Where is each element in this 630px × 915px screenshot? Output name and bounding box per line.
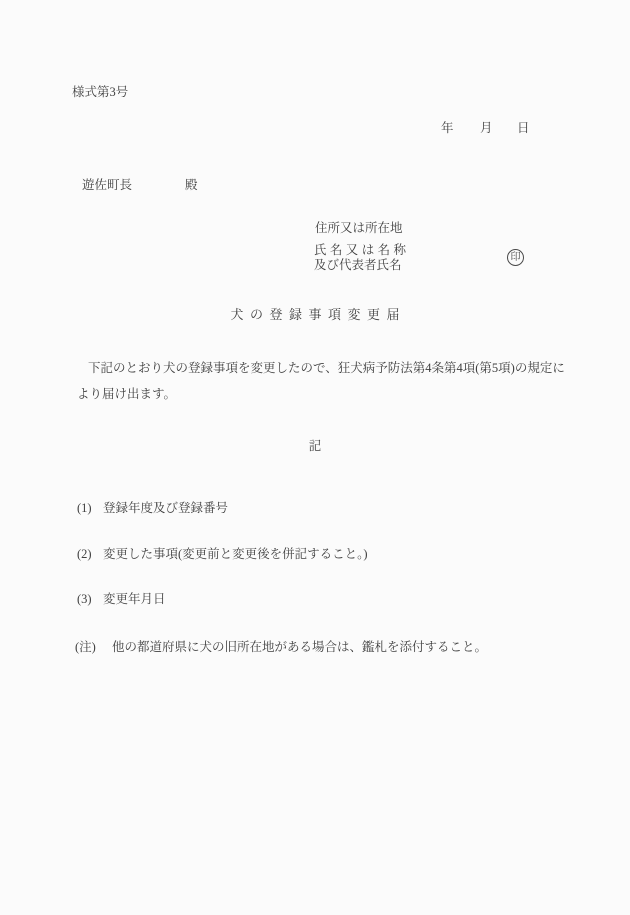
form-number: 様式第3号	[72, 84, 128, 101]
note-label: (注)	[75, 639, 96, 656]
addressee-honorific: 殿	[185, 177, 198, 194]
item-2-text: 変更した事項(変更前と変更後を併記すること。)	[103, 546, 368, 563]
applicant-address-label: 住所又は所在地	[315, 220, 403, 237]
body-paragraph-line1: 下記のとおり犬の登録事項を変更したので、狂犬病予防法第4条第4項(第5項)の規定…	[88, 360, 565, 377]
item-1-label: (1)	[77, 500, 92, 517]
item-3-label: (3)	[77, 591, 92, 608]
applicant-name-label-line2: 及び代表者氏名	[314, 257, 402, 274]
item-3-text: 変更年月日	[103, 591, 166, 608]
seal-mark-icon: 印	[507, 249, 524, 266]
ki-marker: 記	[0, 438, 630, 455]
addressee-name: 遊佐町長	[82, 177, 132, 194]
document-page: 様式第3号 年 月 日 遊佐町長 殿 住所又は所在地 氏名又は名称 及び代表者氏…	[0, 0, 630, 915]
date-day-label: 日	[517, 120, 530, 137]
note-text: 他の都道府県に犬の旧所在地がある場合は、鑑札を添付すること。	[112, 639, 487, 656]
item-1-text: 登録年度及び登録番号	[103, 500, 228, 517]
date-year-label: 年	[441, 120, 454, 137]
body-paragraph-line2: より届け出ます。	[77, 386, 176, 403]
document-title: 犬の登録事項変更届	[0, 306, 630, 323]
item-2-label: (2)	[77, 546, 92, 563]
date-month-label: 月	[480, 120, 493, 137]
